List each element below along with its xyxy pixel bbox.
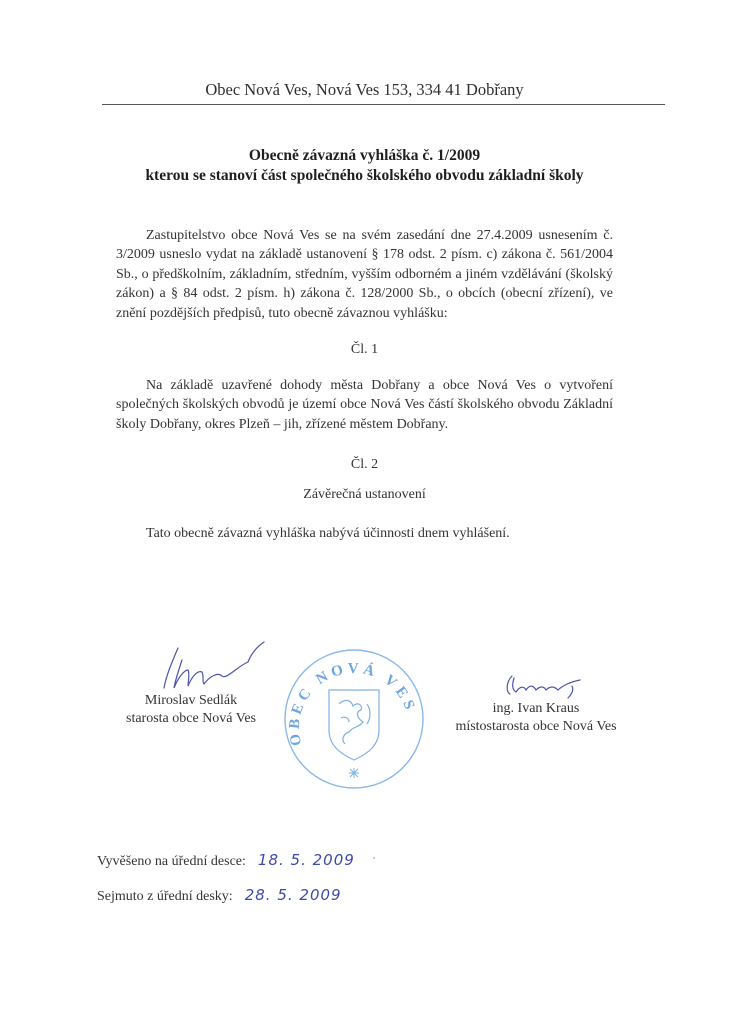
official-stamp: OBEC NOVÁ VES — [283, 648, 425, 790]
preamble-paragraph: Zastupitelstvo obce Nová Ves se na svém … — [116, 226, 613, 323]
preamble-text: Zastupitelstvo obce Nová Ves se na svém … — [116, 228, 613, 321]
notice-removed-date: 28. 5. 2009 — [245, 886, 342, 904]
article-1-heading: Čl. 1 — [0, 342, 729, 358]
signatory-right-role: místostarosta obce Nová Ves — [446, 718, 626, 736]
article-1-paragraph: Na základě uzavřené dohody města Dobřany… — [116, 376, 613, 434]
signatory-left-role: starosta obce Nová Ves — [116, 710, 266, 728]
article-2-text: Tato obecně závazná vyhláška nabývá účin… — [146, 526, 626, 542]
signatory-right: ing. Ivan Kraus místostarosta obce Nová … — [446, 700, 626, 735]
notice-posted: Vyvěšeno na úřední desce:18. 5. 2009 — [97, 851, 355, 870]
scan-speck — [373, 857, 375, 859]
document-subtitle: kterou se stanoví část společného školsk… — [0, 167, 729, 185]
signature-scrawl-left — [148, 640, 278, 695]
article-2-heading: Čl. 2 — [0, 457, 729, 473]
letterhead-divider — [102, 104, 665, 105]
notice-removed: Sejmuto z úřední desky:28. 5. 2009 — [97, 886, 342, 905]
signature-scrawl-right — [500, 672, 600, 702]
notice-removed-label: Sejmuto z úřední desky: — [97, 889, 233, 904]
document-title: Obecně závazná vyhláška č. 1/2009 — [0, 147, 729, 165]
signatory-left: Miroslav Sedlák starosta obce Nová Ves — [116, 692, 266, 727]
article-2-subheading: Závěrečná ustanovení — [0, 487, 729, 503]
signatory-left-name: Miroslav Sedlák — [116, 692, 266, 710]
notice-posted-label: Vyvěšeno na úřední desce: — [97, 854, 246, 869]
article-1-text: Na základě uzavřené dohody města Dobřany… — [116, 378, 613, 432]
notice-posted-date: 18. 5. 2009 — [258, 851, 355, 869]
star-icon — [349, 768, 359, 778]
signatory-right-name: ing. Ivan Kraus — [446, 700, 626, 718]
coat-of-arms-icon — [329, 690, 379, 760]
letterhead-address: Obec Nová Ves, Nová Ves 153, 334 41 Dobř… — [0, 80, 729, 100]
